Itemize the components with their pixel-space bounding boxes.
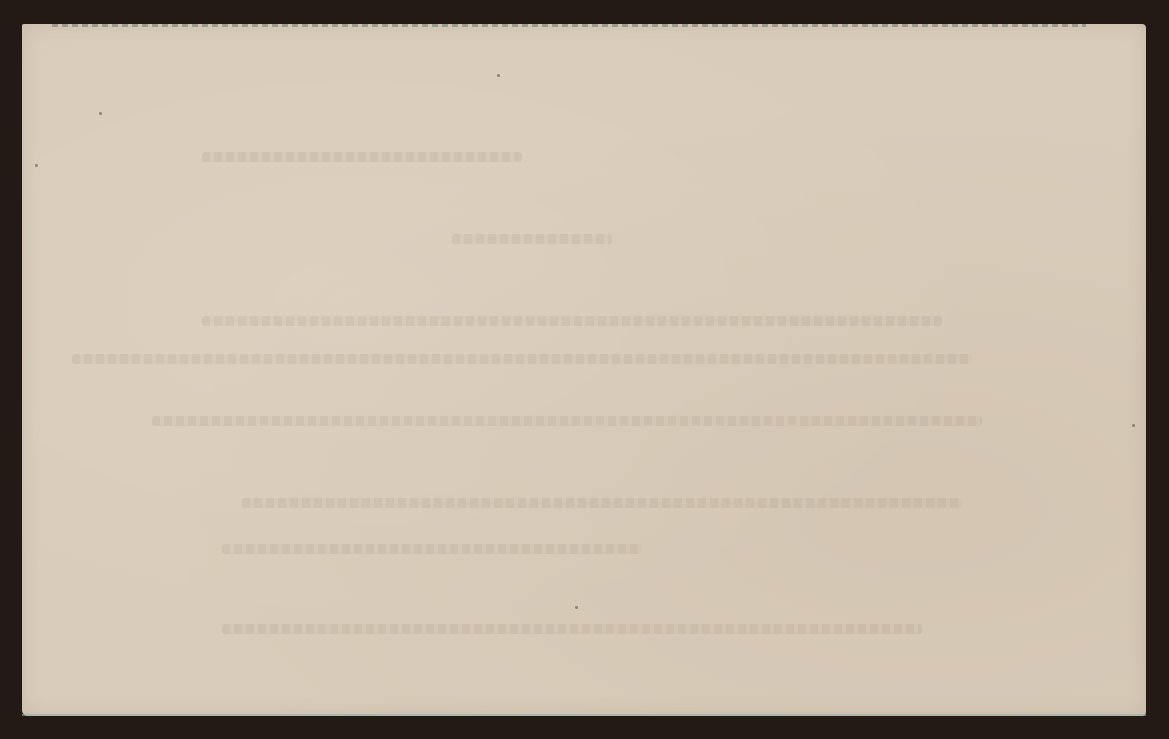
ghost-print-row [72,354,972,364]
ghost-print-row [452,234,612,244]
ghost-print-row [152,416,982,426]
ghost-print-row [242,498,962,508]
paper-speck [99,112,102,115]
show-through-print [22,24,1146,716]
ghost-print-row [202,152,522,162]
ghost-print-row [202,316,942,326]
paper-speck [35,164,38,167]
banknote-reverse-paper [22,24,1146,716]
paper-speck [575,606,578,609]
ghost-print-row [222,544,642,554]
paper-speck [497,74,500,77]
bottom-edge [22,714,1146,716]
ghost-print-row [222,624,922,634]
paper-speck [1132,424,1135,427]
